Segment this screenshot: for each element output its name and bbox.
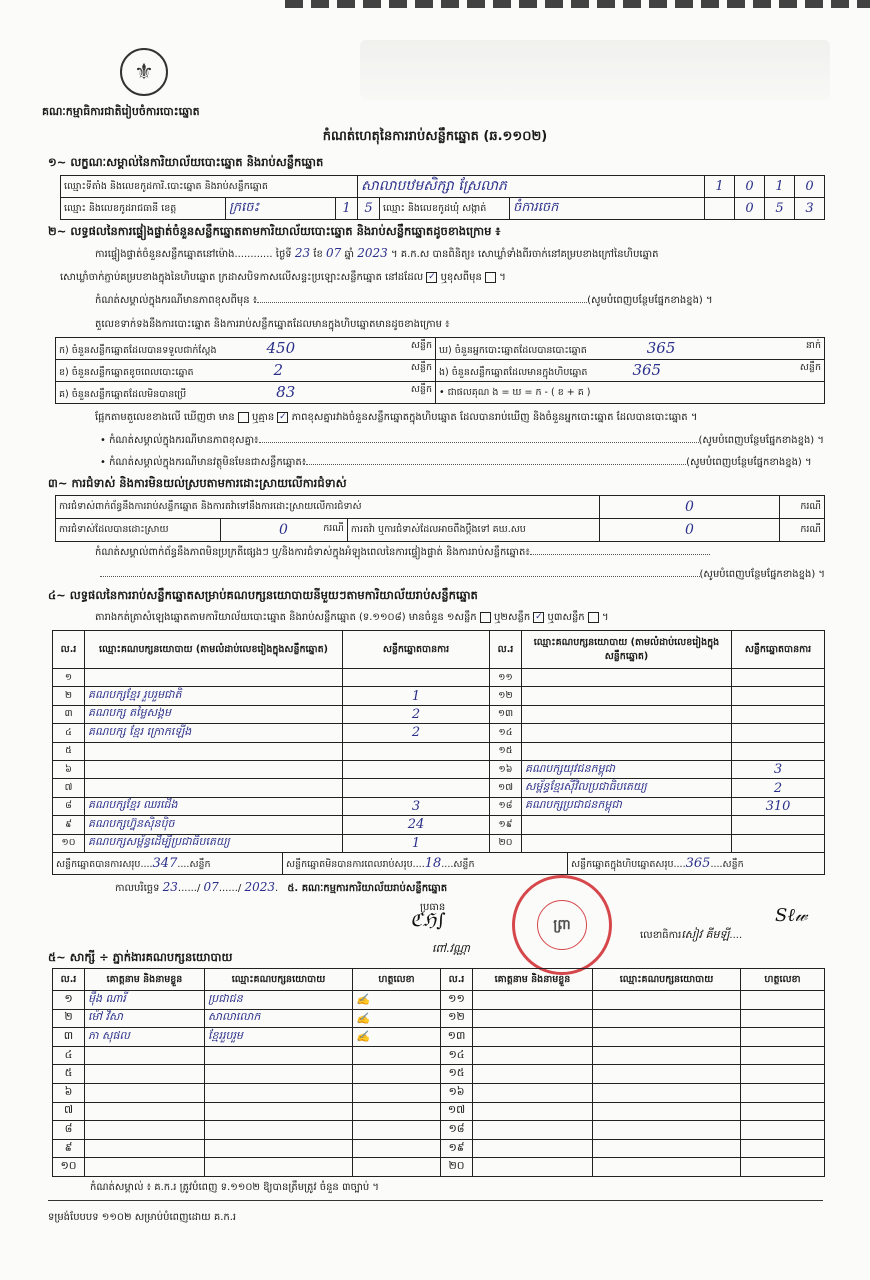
col-votes-right: សន្លឹកឆ្នោតបានការ [732,631,825,669]
table-cell [473,1028,593,1047]
table-cell [741,1065,825,1084]
table-row: ៨១៨ [53,1121,825,1140]
location-label: ឈ្មោះទីតាំង និងលេខកូដការិ.បោះឆ្នោត និងរា… [61,176,358,198]
difference-remark-line: • កំណត់សម្គាល់ក្នុងករណីមានភាពខុសគ្នា៖(សូ… [100,433,825,448]
signature-cell [353,1121,441,1140]
three-sheet-checkbox[interactable] [588,612,599,623]
table-cell: ១ [53,991,85,1010]
section3-heading: ៣~ ការជំទាស់ និងការមិនយល់ស្របតាមការដោះស្… [48,476,347,493]
table-row: ១ម៉ឹង ណារីប្រជាជន✍១១ [53,991,825,1010]
table-cell [343,779,490,797]
table-row: ២គណបក្សខ្មែរ រួបរួមជាតិ1១២ [53,687,825,705]
table-cell [205,1121,353,1140]
table-cell [85,779,343,797]
table-row: ៨គណបក្សខ្មែរ ឈរជើង3១៨គណបក្សប្រជាជនកម្ពុជ… [53,797,825,815]
table-cell [593,1083,741,1102]
one-sheet-checkbox[interactable] [480,612,491,623]
table-cell [85,1121,205,1140]
tally-sheet-line: តារាងកត់ត្រាសំឡេងឆ្នោតតាមការិយាល័យបោះឆ្ន… [95,610,609,625]
complaints-total-value: 0 [600,496,780,519]
counts-intro: តួលេខទាក់ទងនឹងការបោះឆ្នោត និងការរាប់សន្ល… [95,317,450,332]
has-difference-checkbox[interactable] [238,412,249,423]
signature-cell [353,1046,441,1065]
table-cell [473,1065,593,1084]
table-cell: 2 [343,724,490,742]
table-cell [473,1102,593,1121]
table-cell: ១៧ [441,1102,473,1121]
table-cell: ខ្មែររួបរួម [205,1028,353,1047]
resolved-label: ការជំទាស់ដែលបានដោះស្រាយ [56,519,221,542]
table-cell [522,834,732,852]
table-cell: គណបក្សខ្មែរ រួបរួមជាតិ [85,687,343,705]
col-no-right: ល.រ [490,631,522,669]
table-cell [473,1158,593,1177]
table-cell [85,742,343,760]
table-row: ៣គណបក្ស តម្លៃសង្គម2១៣ [53,705,825,723]
no-difference-checkbox[interactable]: ✓ [277,412,288,423]
table-row: ៦១៦ [53,1083,825,1102]
count-formula: • ជាផលគុណ ង = ឃ = ក - ( ខ + គ ) [436,382,825,404]
commune-value: ចំការចេក [510,198,705,220]
table-cell [593,1121,741,1140]
province-value: ក្រចេះ [226,198,336,220]
table-cell [522,705,732,723]
table-cell [473,1139,593,1158]
table-cell [522,742,732,760]
table-cell [473,1121,593,1140]
section2-heading: ២~ លទ្ធផលនៃការផ្ទៀងផ្ទាត់ចំនួនសន្លឹកឆ្នោ… [48,224,500,241]
table-cell [593,1158,741,1177]
table-cell [522,724,732,742]
table-cell [593,1046,741,1065]
location-code-2: 0 [735,176,765,198]
table-cell [85,760,343,778]
table-cell [205,1083,353,1102]
table-cell: ប្រជាជន [205,991,353,1010]
table-cell: គណបក្ស តម្លៃសង្គម [85,705,343,723]
table-cell: គណបក្សយុវជនកម្ពុជា [522,760,732,778]
col-party-right: ឈ្មោះគណបក្សនយោបាយ (តាមលំដាប់លេខរៀងក្នុងស… [522,631,732,669]
table-cell [732,724,825,742]
table-cell [343,669,490,687]
table-cell [205,1065,353,1084]
table-cell [473,1046,593,1065]
table-cell [741,1046,825,1065]
table-row: ១០២០ [53,1158,825,1177]
table-cell: ២ [53,687,85,705]
table-cell: ១១ [441,991,473,1010]
table-cell: ៦ [53,760,85,778]
table-cell: ២ [53,1009,85,1028]
complaints-table: ការជំទាស់ពាក់ព័ន្ធនឹងការរាប់សន្លឹកឆ្នោត … [55,495,825,542]
commune-code-blank [705,198,735,220]
table-cell [85,669,343,687]
table-cell: សាលាលោក [205,1009,353,1028]
table-cell: ៣ [53,1028,85,1047]
official-stamp-icon: ព្រា [512,875,612,975]
form-title: កំណត់ហេតុនៃការរាប់សន្លឹកឆ្នោត (ឆ.១១០២) [0,128,870,147]
table-cell: ១២ [441,1009,473,1028]
committee-label: ៥. គណៈកម្មការការិយាល័យរាប់សន្លឹកឆ្នោត [287,883,447,894]
table-cell: ៦ [53,1083,85,1102]
table-cell: ១៣ [441,1028,473,1047]
count-spoiled: ខ) ចំនួនសន្លឹកឆ្នោតខូចពេលបោះឆ្នោត2សន្លឹក [56,360,436,382]
table-cell: គណបក្សសម្ព័ន្ធដើម្បីប្រជាធិបតេយ្យ [85,834,343,852]
table-cell: ១៨ [441,1121,473,1140]
table-cell [473,1009,593,1028]
table-cell: ៣ [53,705,85,723]
signature-cell: ✍ [353,1028,441,1047]
table-row: ៧១៧ [53,1102,825,1121]
irregularity-note-line: កំណត់សម្គាល់ពាក់ព័ន្ធនឹងភាពមិនប្រក្រតីផ្… [95,545,825,560]
table-cell: ៥ [53,742,85,760]
table-cell: 1 [343,834,490,852]
table-cell: 3 [343,797,490,815]
difference-check-line: ផ្អែកតាមតួលេខខាងលើ ឃើញថា មាន ឬគ្មាន ✓ ភា… [95,410,697,425]
col-party-left: ឈ្មោះគណបក្សនយោបាយ (តាមលំដាប់លេខរៀងក្នុងស… [85,631,343,669]
faded-background-mark [360,40,830,100]
table-cell [522,816,732,834]
different-checkbox[interactable] [485,272,496,283]
table-cell [593,1065,741,1084]
table-cell: ១៥ [490,742,522,760]
table-cell: ម៉ៅ វិសា [85,1009,205,1028]
location-code-4: 0 [795,176,825,198]
national-emblem-icon: ⚜ [120,48,168,96]
commune-code-3: 3 [795,198,825,220]
signature-cell: ✍ [353,991,441,1010]
table-cell: ១៤ [441,1046,473,1065]
table-cell [741,991,825,1010]
table-row: ៤គណបក្ស ខ្មែរ ក្រោកឡើង2១៤ [53,724,825,742]
table-cell: ១៧ [490,779,522,797]
table-cell [205,1046,353,1065]
organization-name: គណៈកម្មាធិការជាតិរៀបចំការបោះឆ្នោត [42,105,200,121]
table-cell: ៨ [53,797,85,815]
table-cell [205,1102,353,1121]
verify-day: 23 [295,246,310,260]
two-sheet-checkbox[interactable]: ✓ [533,612,544,623]
table-cell [741,1009,825,1028]
table-cell: ១៣ [490,705,522,723]
section5-note: កំណត់សម្គាល់ ៖ គ.ក.រ ត្រូវបំពេញ ទ.១១០២ ឱ… [90,1180,379,1195]
table-cell: ២០ [441,1158,473,1177]
count-in-box: ង) ចំនួនសន្លឹកឆ្នោតដែលមានក្នុងហិបឆ្នោត36… [436,360,825,382]
signature-cell [353,1102,441,1121]
signature-cell [353,1139,441,1158]
table-cell [85,1083,205,1102]
table-cell: ១៥ [441,1065,473,1084]
table-cell: ២០ [490,834,522,852]
table-cell: 2 [732,779,825,797]
table-cell [85,1065,205,1084]
table-cell: ៤ [53,1046,85,1065]
section5-heading: ៥~ សាក្សី ÷ ភ្នាក់ងារគណបក្សនយោបាយ [48,950,232,967]
difference-note-line: កំណត់សម្គាល់ក្នុងករណីមានភាពខុសពីមុន ៖(សូ… [95,293,825,308]
witness-table: ល.រ គោត្តនាម និងនាមខ្លួន ឈ្មោះគណបក្សនយោប… [52,968,825,1177]
table-cell: ១៦ [441,1083,473,1102]
table-cell: ៨ [53,1121,85,1140]
verify-month: 07 [326,246,341,260]
location-code-1: 1 [705,176,735,198]
date-line: កាលបរិច្ឆេទ 23....../ 07....../ 2023. ៥.… [115,880,447,896]
footer-divider [48,1200,823,1201]
total-invalid: សន្លឹកឆ្នោតមិនបានការពេលរាប់សរុប....18...… [283,853,568,875]
table-cell: 2 [343,705,490,723]
location-code-3: 1 [765,176,795,198]
foreign-object-remark-line: • កំណត់សម្គាល់ក្នុងករណីមានវត្ថុមិនមែនជាស… [100,455,825,470]
chair-name: ពៅ.វណ្ណា [432,942,470,958]
table-cell: ១៨ [490,797,522,815]
col-no-left: ល.រ [53,631,85,669]
table-cell [205,1139,353,1158]
table-cell [473,991,593,1010]
table-cell: ១៩ [441,1139,473,1158]
province-label: ឈ្មោះ និងលេខកូដរាជធានី ខេត្ត [61,198,226,220]
table-cell: ១ [53,669,85,687]
table-cell [85,1139,205,1158]
table-row: ១១១ [53,669,825,687]
table-cell [593,1028,741,1047]
table-cell [593,991,741,1010]
count-unused: គ) ចំនួនសន្លឹកឆ្នោតដែលមិនបានប្រើ83សន្លឹក [56,382,436,404]
irregularity-fill-line: (សូមបំពេញបន្ថែមផ្នែកខាងខ្នង) ។ [55,567,825,582]
signature-cell [353,1083,441,1102]
section1-table: ឈ្មោះទីតាំង និងលេខកូដការិ.បោះឆ្នោត និងរា… [60,175,825,220]
verification-time-line: ការផ្ទៀងផ្ទាត់ចំនួនសន្លឹកឆ្នោតនៅម៉ោង....… [95,246,658,262]
table-row: ៣ភា សុផលខ្មែររួបរួម✍១៣ [53,1028,825,1047]
table-cell: សម្ព័ន្ធខ្មែរស៊ីវិលប្រជាធិបតេយ្យ [522,779,732,797]
table-cell: ១០ [53,1158,85,1177]
total-in-box: សន្លឹកឆ្នោតក្នុងហិបឆ្នោតសរុប....365....ស… [568,853,825,875]
top-edge-bleed [285,0,870,8]
table-cell: ១៤ [490,724,522,742]
table-cell: គណបក្ស ខ្មែរ ក្រោកឡើង [85,724,343,742]
table-cell: ៤ [53,724,85,742]
appeal-value: 0 [600,519,780,542]
location-value: សាលាបឋមសិក្សា ស្រែលាភ [358,176,705,198]
secretary-signature: Sℓ𝓌 [775,905,807,926]
table-cell [732,705,825,723]
table-cell: គណបក្សប្រជាជនកម្ពុជា [522,797,732,815]
table-cell: 310 [732,797,825,815]
section1-heading: ១~ លក្ខណៈសម្គាល់នៃការិយាល័យបោះឆ្នោត និងរ… [48,155,323,172]
commune-code-2: 5 [765,198,795,220]
table-cell: ៩ [53,816,85,834]
table-cell [522,687,732,705]
intact-checkbox[interactable]: ✓ [426,272,437,283]
table-row: ៥១៥ [53,742,825,760]
total-valid: សន្លឹកឆ្នោតបានការសរុប....347....សន្លឹក [53,853,283,875]
table-cell: ៥ [53,1065,85,1084]
col-votes-left: សន្លឹកឆ្នោតបានការ [343,631,490,669]
seal-status-line: សោឃ្លាំចាក់ភ្ជាប់គម្របខាងក្នុងនៃហិបឆ្នោត… [60,270,506,285]
table-cell [593,1102,741,1121]
table-cell [593,1139,741,1158]
secretary-name: សៀវ គីមឡី [681,928,729,941]
table-row: ៩គណបក្សហ្វ៊ុនស៊ិនប៉ិច24១៩ [53,816,825,834]
table-cell [741,1158,825,1177]
table-row: ១០គណបក្សសម្ព័ន្ធដើម្បីប្រជាធិបតេយ្យ1២០ [53,834,825,852]
counts-table: ក) ចំនួនសន្លឹកឆ្នោតដែលបានទទួលជាក់ស្តែង45… [55,337,825,404]
table-cell [741,1083,825,1102]
table-cell [522,669,732,687]
table-cell: ១៩ [490,816,522,834]
table-cell [85,1102,205,1121]
province-code-2: 5 [358,198,380,220]
count-received: ក) ចំនួនសន្លឹកឆ្នោតដែលបានទទួលជាក់ស្តែង45… [56,338,436,360]
table-row: ២ម៉ៅ វិសាសាលាលោក✍១២ [53,1009,825,1028]
table-cell [732,687,825,705]
party-results-table: ល.រ ឈ្មោះគណបក្សនយោបាយ (តាមលំដាប់លេខរៀងក្… [52,630,825,853]
table-cell: គណបក្សហ្វ៊ុនស៊ិនប៉ិច [85,816,343,834]
table-row: ៩១៩ [53,1139,825,1158]
table-cell [732,834,825,852]
table-cell [741,1028,825,1047]
table-cell [741,1139,825,1158]
table-cell: ៩ [53,1139,85,1158]
table-cell [732,742,825,760]
table-cell: ១០ [53,834,85,852]
table-cell [343,742,490,760]
table-row: ៤១៤ [53,1046,825,1065]
table-cell: ១២ [490,687,522,705]
table-cell [473,1083,593,1102]
table-row: ៧១៧សម្ព័ន្ធខ្មែរស៊ីវិលប្រជាធិបតេយ្យ2 [53,779,825,797]
secretary-line: លេខាធិការសៀវ គីមឡី.... [640,928,742,944]
table-cell [732,669,825,687]
footer-text: ទម្រង់បែបបទ ១១០២ សម្រាប់បំពេញដោយ គ.ក.រ [48,1210,236,1225]
section4-heading: ៤~ លទ្ធផលនៃការរាប់សន្លឹកឆ្នោតសម្រាប់គណបក… [48,588,478,605]
signature-cell: ✍ [353,1009,441,1028]
signature-cell [353,1158,441,1177]
table-cell: ១៦ [490,760,522,778]
table-cell [741,1102,825,1121]
table-cell: គណបក្សខ្មែរ ឈរជើង [85,797,343,815]
table-row: ៥១៥ [53,1065,825,1084]
resolved-cell: 0ករណី [221,519,348,542]
appeal-label: ការតវ៉ា ឬការជំទាស់ដែលអាចពឹងប្តឹងទៅ គឃ.សប [347,519,599,542]
complaints-total-label: ការជំទាស់ពាក់ព័ន្ធនឹងការរាប់សន្លឹកឆ្នោត … [56,496,600,519]
table-cell: ម៉ឹង ណារី [85,991,205,1010]
table-cell [741,1121,825,1140]
signature-cell [353,1065,441,1084]
table-cell: ៧ [53,1102,85,1121]
table-cell: ៧ [53,779,85,797]
table-cell [85,1046,205,1065]
table-cell: ១១ [490,669,522,687]
table-cell: 24 [343,816,490,834]
results-totals-table: សន្លឹកឆ្នោតបានការសរុប....347....សន្លឹក ស… [52,852,825,875]
table-cell [205,1158,353,1177]
table-cell [343,760,490,778]
table-row: ៦១៦គណបក្សយុវជនកម្ពុជា3 [53,760,825,778]
table-cell [593,1009,741,1028]
table-cell: ភា សុផល [85,1028,205,1047]
table-cell [732,816,825,834]
table-cell [85,1158,205,1177]
commune-label: ឈ្មោះ និងលេខកូដឃុំ សង្កាត់ [380,198,510,220]
chair-signature: ℭℌ∫ [410,910,446,931]
commune-code-1: 0 [735,198,765,220]
table-cell: 3 [732,760,825,778]
province-code-1: 1 [336,198,358,220]
table-cell: 1 [343,687,490,705]
count-voters: ឃ) ចំនួនអ្នកបោះឆ្នោតដែលបានបោះឆ្នោត365នាក… [436,338,825,360]
verify-year: 2023 [357,246,388,260]
